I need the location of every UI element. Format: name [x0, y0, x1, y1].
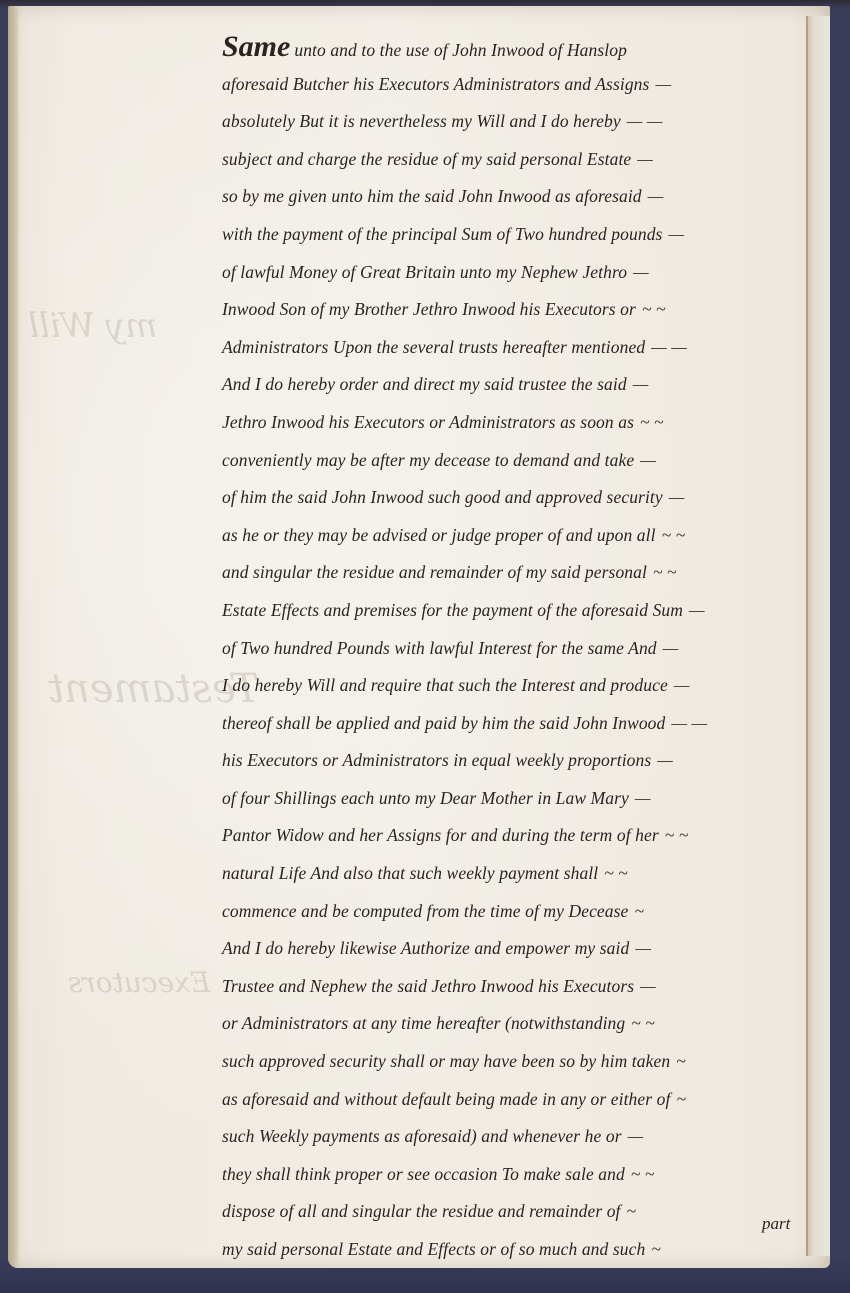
text-line: subject and charge the residue of my sai… [222, 141, 827, 179]
text-line: thereof shall be applied and paid by him… [222, 705, 827, 743]
text-line: and singular the residue and remainder o… [222, 554, 827, 592]
bleed-through-text: my Will [28, 306, 157, 346]
text-line: commence and be computed from the time o… [222, 893, 827, 931]
text-line: of Two hundred Pounds with lawful Intere… [222, 630, 827, 668]
text-line: they shall think proper or see occasion … [222, 1156, 827, 1194]
text-line: of lawful Money of Great Britain unto my… [222, 254, 827, 292]
text-line: or Administrators at any time hereafter … [222, 1005, 827, 1043]
text-line: Pantor Widow and her Assigns for and dur… [222, 817, 827, 855]
text-line: of him the said John Inwood such good an… [222, 479, 827, 517]
catchword: part [762, 1214, 790, 1234]
text-line: with the payment of the principal Sum of… [222, 216, 827, 254]
manuscript-text: Sameunto and to the use of John Inwood o… [222, 28, 827, 1269]
text-line: such Weekly payments as aforesaid) and w… [222, 1118, 827, 1156]
text-line: And I do hereby order and direct my said… [222, 366, 827, 404]
text-line: Administrators Upon the several trusts h… [222, 329, 827, 367]
text-line: so by me given unto him the said John In… [222, 178, 827, 216]
bleed-through-text: Executors [68, 966, 210, 999]
text-line: Trustee and Nephew the said Jethro Inwoo… [222, 968, 827, 1006]
text-line: Estate Effects and premises for the paym… [222, 592, 827, 630]
text-line: And I do hereby likewise Authorize and e… [222, 930, 827, 968]
text-line: his Executors or Administrators in equal… [222, 742, 827, 780]
text-line: conveniently may be after my decease to … [222, 442, 827, 480]
text-line: Sameunto and to the use of John Inwood o… [222, 28, 827, 66]
text-line: dispose of all and singular the residue … [222, 1193, 827, 1231]
initial-word: Same [222, 30, 290, 63]
text-line: such approved security shall or may have… [222, 1043, 827, 1081]
text-line: absolutely But it is nevertheless my Wil… [222, 103, 827, 141]
text-line: as he or they may be advised or judge pr… [222, 517, 827, 555]
text-line: my said personal Estate and Effects or o… [222, 1231, 827, 1269]
text-line: I do hereby Will and require that such t… [222, 667, 827, 705]
text-line: as aforesaid and without default being m… [222, 1081, 827, 1119]
text-line: natural Life And also that such weekly p… [222, 855, 827, 893]
text-line: of four Shillings each unto my Dear Moth… [222, 780, 827, 818]
text-line: aforesaid Butcher his Executors Administ… [222, 66, 827, 104]
text-line: Jethro Inwood his Executors or Administr… [222, 404, 827, 442]
text-line: Inwood Son of my Brother Jethro Inwood h… [222, 291, 827, 329]
